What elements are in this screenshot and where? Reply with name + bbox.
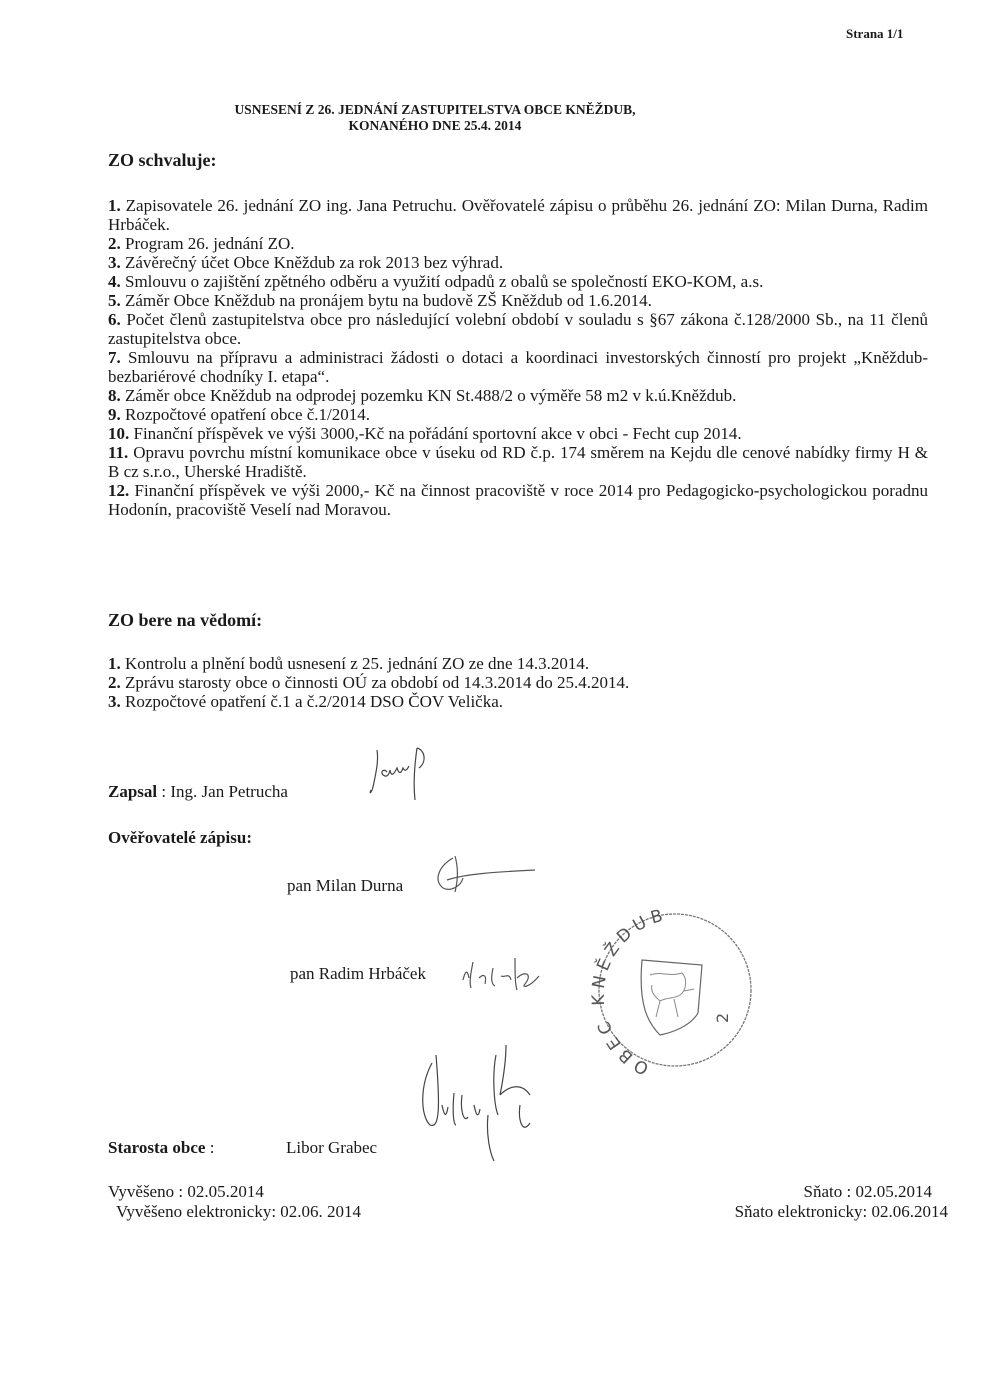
page-number: Strana 1/1 bbox=[846, 26, 903, 42]
list-item: 3. Závěrečný účet Obce Kněždub za rok 20… bbox=[108, 253, 928, 272]
item-number: 5. bbox=[108, 291, 121, 310]
posted-electronic-date: Vyvěšeno elektronicky: 02.06. 2014 bbox=[116, 1202, 361, 1222]
list-item: 3. Rozpočtové opatření č.1 a č.2/2014 DS… bbox=[108, 692, 928, 711]
item-number: 3. bbox=[108, 692, 121, 711]
verifier-1-name: pan Milan Durna bbox=[287, 876, 403, 896]
item-text: Finanční příspěvek ve výši 2000,- Kč na … bbox=[108, 481, 928, 519]
verifier-1-signature bbox=[425, 850, 545, 900]
svg-text:OBEC KNĚŽDUB: OBEC KNĚŽDUB bbox=[589, 905, 670, 1079]
removed-date: Sňato : 02.05.2014 bbox=[804, 1182, 932, 1202]
section-heading-approves: ZO schvaluje: bbox=[108, 150, 217, 171]
recorder-line: Zapsal : Ing. Jan Petrucha bbox=[108, 782, 288, 802]
list-item: 11. Opravu povrchu místní komunikace obc… bbox=[108, 443, 928, 481]
item-number: 2. bbox=[108, 673, 121, 692]
notes-list: 1. Kontrolu a plnění bodů usnesení z 25.… bbox=[108, 654, 928, 711]
item-number: 10. bbox=[108, 424, 129, 443]
posted-date: Vyvěšeno : 02.05.2014 bbox=[108, 1182, 264, 1202]
item-number: 2. bbox=[108, 234, 121, 253]
item-text: Smlouvu o zajištění zpětného odběru a vy… bbox=[121, 272, 764, 291]
list-item: 9. Rozpočtové opatření obce č.1/2014. bbox=[108, 405, 928, 424]
list-item: 12. Finanční příspěvek ve výši 2000,- Kč… bbox=[108, 481, 928, 519]
list-item: 2. Program 26. jednání ZO. bbox=[108, 234, 928, 253]
recorder-label: Zapsal bbox=[108, 782, 157, 801]
item-number: 7. bbox=[108, 348, 121, 367]
recorder-name: Ing. Jan Petrucha bbox=[170, 782, 288, 801]
item-text: Počet členů zastupitelstva obce pro násl… bbox=[108, 310, 928, 348]
stamp-number: 2 bbox=[713, 1013, 732, 1023]
item-text: Opravu povrchu místní komunikace obce v … bbox=[108, 443, 928, 481]
item-text: Zprávu starosty obce o činnosti OÚ za ob… bbox=[121, 673, 630, 692]
item-text: Kontrolu a plnění bodů usnesení z 25. je… bbox=[121, 654, 589, 673]
removed-electronic-date: Sňato elektronicky: 02.06.2014 bbox=[735, 1202, 948, 1222]
title-line-1: USNESENÍ Z 26. JEDNÁNÍ ZASTUPITELSTVA OB… bbox=[10, 102, 860, 118]
list-item: 1. Kontrolu a plnění bodů usnesení z 25.… bbox=[108, 654, 928, 673]
list-item: 2. Zprávu starosty obce o činnosti OÚ za… bbox=[108, 673, 928, 692]
recorder-separator: : bbox=[157, 782, 170, 801]
list-item: 10. Finanční příspěvek ve výši 3000,-Kč … bbox=[108, 424, 928, 443]
list-item: 4. Smlouvu o zajištění zpětného odběru a… bbox=[108, 272, 928, 291]
list-item: 5. Záměr Obce Kněždub na pronájem bytu n… bbox=[108, 291, 928, 310]
list-item: 6. Počet členů zastupitelstva obce pro n… bbox=[108, 310, 928, 348]
document-title: USNESENÍ Z 26. JEDNÁNÍ ZASTUPITELSTVA OB… bbox=[0, 102, 860, 134]
item-text: Program 26. jednání ZO. bbox=[121, 234, 295, 253]
verifiers-heading: Ověřovatelé zápisu: bbox=[108, 828, 252, 848]
recorder-signature bbox=[365, 742, 435, 812]
item-number: 4. bbox=[108, 272, 121, 291]
item-text: Závěrečný účet Obce Kněždub za rok 2013 … bbox=[121, 253, 503, 272]
item-text: Rozpočtové opatření obce č.1/2014. bbox=[121, 405, 370, 424]
item-number: 11. bbox=[108, 443, 128, 462]
item-text: Rozpočtové opatření č.1 a č.2/2014 DSO Č… bbox=[121, 692, 503, 711]
item-number: 9. bbox=[108, 405, 121, 424]
list-item: 7. Smlouvu na přípravu a administraci žá… bbox=[108, 348, 928, 386]
item-number: 1. bbox=[108, 196, 121, 215]
item-number: 12. bbox=[108, 481, 129, 500]
item-text: Smlouvu na přípravu a administraci žádos… bbox=[108, 348, 928, 386]
title-line-2: KONANÉHO DNE 25.4. 2014 bbox=[10, 118, 860, 134]
verifier-2-signature bbox=[455, 948, 555, 998]
list-item: 8. Záměr obce Kněždub na odprodej pozemk… bbox=[108, 386, 928, 405]
mayor-name: Libor Grabec bbox=[286, 1138, 377, 1158]
mayor-label: Starosta obce bbox=[108, 1138, 205, 1157]
municipal-stamp: 2 OBEC KNĚŽDUB bbox=[590, 905, 760, 1075]
item-number: 3. bbox=[108, 253, 121, 272]
item-number: 1. bbox=[108, 654, 121, 673]
mayor-line: Starosta obce : bbox=[108, 1138, 214, 1158]
item-text: Záměr obce Kněždub na odprodej pozemku K… bbox=[121, 386, 737, 405]
stamp-text: OBEC KNĚŽDUB bbox=[589, 905, 670, 1079]
approves-list: 1. Zapisovatele 26. jednání ZO ing. Jana… bbox=[108, 196, 928, 519]
verifier-2-name: pan Radim Hrbáček bbox=[290, 964, 426, 984]
item-text: Zapisovatele 26. jednání ZO ing. Jana Pe… bbox=[108, 196, 928, 234]
item-text: Záměr Obce Kněždub na pronájem bytu na b… bbox=[121, 291, 652, 310]
mayor-signature bbox=[410, 1035, 560, 1165]
item-number: 6. bbox=[108, 310, 121, 329]
item-text: Finanční příspěvek ve výši 3000,-Kč na p… bbox=[129, 424, 741, 443]
item-number: 8. bbox=[108, 386, 121, 405]
list-item: 1. Zapisovatele 26. jednání ZO ing. Jana… bbox=[108, 196, 928, 234]
section-heading-notes: ZO bere na vědomí: bbox=[108, 610, 262, 631]
